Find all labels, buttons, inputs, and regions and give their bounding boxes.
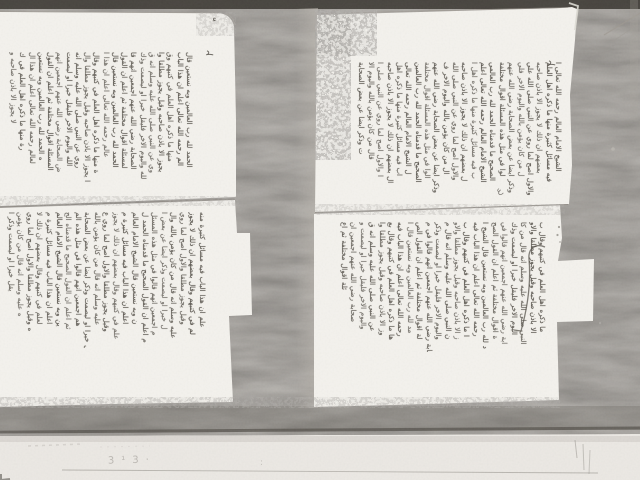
script-line: عليه وسلم انه قال من كان يؤمن بالله وال [168,212,178,348]
script-line: ه وقيل يجوز مطلقا والاول اصح لما روي [24,212,34,348]
script-line: ه عليه وسلم انه قال من كان يؤمن [15,212,25,348]
script-line: ا والاول اصح لما روي عن النبي صلى ا [375,62,384,205]
script-line: عن النبي صلى الله عليه وسلم انه ق [367,222,376,352]
script-line: ل خيرا او ليصمت وذكر ايضا عن بعض ا [158,212,168,348]
script-line: الشيخ الامام العالم رحمه الله تعالى اعلم [478,62,487,205]
script-line: علم في كتبهم وقال بعضهم ان ذلك لا يجوز [110,212,120,348]
manuscript-text-top-right: الشيخ الامام العالم رحمه الله تعالى ا في… [356,62,562,205]
script-line: ثم اعلم ان القول الصحيح ما قدمناه الح [63,212,73,348]
script-line: اب فيه مسائل كثيرة منها ما ذكره اهل [394,62,403,205]
script-line: الا باذن صاحبه وقيل يجوز مطلقا والاو [527,222,536,352]
script-line: عليه وسلم انه قال من كان يؤمن بالله [91,212,101,348]
script-line: والاول اصح لما روي عن النبي صلى الله [450,62,459,205]
manuscript-text-bottom-right: ما ذكره اهل العلم في كتبهم وقال ب الا با… [338,222,546,352]
script-line: د لله رب العالمين وبه نستعين قال الشيخ ا [480,222,489,352]
script-line: يقل خيرا او ليصمت وذكر ا [5,212,15,348]
script-line: ض الصحابة رضي الله عنهم اجمعين انهم [54,52,63,190]
script-line: لم في كتبهم وقال بعضهم ان ذلك لا يجوز [187,212,197,348]
pencil-annotation: : [260,459,263,468]
script-line: لوا في مثل هذه المسئلة اقوال مختلفة [496,62,505,205]
script-line: وي عن النبي صلى الله عليه وسلم انه ق [147,52,156,190]
script-line: ا يجوز الا باذن صاحبه وقيل يجوز مطلقا وا… [82,52,91,190]
script-line: رة منها ما ذكره اهل العلم في ك [17,52,26,190]
script-line: م اجمعين انهم قالوا في مثل هذه المسئل [149,212,159,348]
script-line: وقيل يجوز مطلقا والاول اصح لما روي [177,212,187,348]
manuscript-text-top-left: الحمد لله رب العالمين وبه نستعين قالالم … [8,52,193,190]
photostat-scan: الحمد لله رب العالمين وبه نستعين قالالم … [0,0,640,480]
script-line: ما ذكره اهل العلم في كتبهم وقال ب [537,222,546,352]
script-line: ل الشيخ الامام العالم رحمه الله تعالى [403,62,412,205]
script-line: اليوم الاخر فليقل خيرا او ليصمت وذك [508,222,517,352]
script-line: الم رحمه الله تعالى اعلم ان هذا الباب [175,52,184,190]
script-line: يجوز الا باذن صاحبه وقيل يجوز مطلقا وا [156,52,165,190]
script-line: ا ما ذكره اهل العلم في كتبهم وقال ب [461,222,470,352]
script-line: ين وبه نستعين قال الشيخ الامام العالم [53,212,63,348]
script-line: روي عن النبي صلى الله عليه وسلم انه [73,52,82,190]
script-line: لعالم رحمه الله تعالى اعلم ان هذا ال [27,52,36,190]
script-line: لة اقوال مختلفة ثم اعلم ان القول الص [414,222,423,352]
script-line: ل بعضهم ان ذلك لا يجوز الا باذن صاحبه [459,62,468,205]
script-line: اعلم ان هذا الباب فيه مسائل كثيرة م [120,212,130,348]
script-line: ن النبي صلى الله عليه وسلم انه قال م [442,222,451,352]
script-line: وقيل يجوز مطلقا والاول اصح لما روي ع [101,212,111,348]
script-line: ال بعضهم ان ذلك لا يجوز الا باذن صاحبه [384,62,393,205]
script-line: الحمد لله رب العالمين وبه نستعين قال [184,52,193,190]
script-line: لا يجوز الا باذن صاحبه و [8,52,17,190]
script-line: ن وبه نستعين قال الشيخ الامام العالم [130,212,140,348]
script-line: قل خيرا او ليصمت وذكر ايضا عن بعض الصحاب… [82,212,92,348]
script-line: لمسئلة اقوال مختلفة ثم اعلم ان القول [119,52,128,190]
script-line: ها ما ذكره اهل العلم في كتبهم وقال بع [386,222,395,352]
script-line: الحمد لله رب العالمين وبه نستعين قال [110,52,119,190]
script-line: الصحيح ما قدمناه الحمد لله رب العالمي [487,62,496,205]
script-line: الصحابة رضي الله عنهم اجمعين انهم قا [128,52,137,190]
script-line: م اعلم ان القول الصحيح ما قدمناه الحمد ل [139,212,149,348]
script-line: رحمه الله تعالى اعلم ان هذا الباب فيه [471,222,480,352]
script-line: الشيخ الامام العالم رحمه الله تعالى ا [553,62,562,205]
script-line: علم ان هذا الباب فيه مسائل كثيرة منه [196,212,206,348]
script-line: حابة رضي الله عنهم اجمعين انهم قالوا في … [423,222,432,352]
script-line: فيه مسائل كثيرة منها ما ذكره اهل العلم [543,62,552,205]
script-line: ة منها ما ذكره اهل العلم في كتبهم وقال [91,52,100,190]
script-line: ل من كان يؤمن بالله واليوم الاخر فلي [515,62,524,205]
script-line: صحابة رضي الله عنهم اجمعين ان [348,222,357,352]
script-line: ب فيه مسائل كثيرة منها ما ذكره اهل ا [468,62,477,205]
script-line: الله واليوم الاخر فليقل خيرا او ليصمت [64,52,73,190]
script-line: لله واليوم الاخر فليقل خيرا او ليصمت وذك [138,52,147,190]
script-line: ه الحمد لله رب العالمين وبه نستعين [36,52,45,190]
script-line: ئلة اقوال مختلفة ثم اع [338,222,347,352]
script-line: الوا في مثل هذه المسئلة اقوال مختلفة [422,62,431,205]
script-line: منها ما ذكره اهل العلم في كتبهم وق [165,52,174,190]
script-line: ت وذكر ايضا عن بعض الصحابة [356,62,365,205]
script-line: المسئلة اقوال مختلفة ثم اعلم ان القول [45,52,54,190]
script-line: رحمه الله تعالى اعلم ان هذا الباب فيه [395,222,404,352]
script-line: ز الا باذن صاحبه وقيل يجوز مطلقا والاو [452,222,461,352]
script-line: ال من كان يؤمن بالله واليوم الاخر ف [440,62,449,205]
script-line: والاول اصح لما روي عن النبي صلى الله علي [525,62,534,205]
script-line: عالم رحمه الله تعالى اعلم ان هذا ا [101,52,110,190]
script-line: النبي صلى الله عليه وسلم انه قال من كا [518,222,527,352]
script-line: اعلم ان هذا الباب فيه مسائل كثيرة م [43,212,53,348]
script-line: بعضهم ان ذلك لا يجوز الا باذن صاحبه [534,62,543,205]
script-line: واليوم الاخر فليقل خيرا او ليصمت وذكر [433,222,442,352]
script-line: ة اقوال مختلفة ثم اعلم ان القول الصح [489,222,498,352]
script-line: هم اجمعين انهم قالوا في مثل هذه الم [72,212,82,348]
script-line: واليوم الاخر فليقل خيرا او ليصمت و [357,222,366,352]
pencil-annotation: 3¹3· [108,455,156,466]
script-line: لعلم في كتبهم وقال بعضهم ان ذلك لا [34,212,44,348]
script-line: وذكر ايضا عن بعض الصحابة رضي الله عنهم [506,62,515,205]
script-line: وز الا باذن صاحبه وقيل يجوز مطلقا وا [376,222,385,352]
manuscript-text-bottom-left: علم ان هذا الباب فيه مسائل كثيرة منهلم ف… [5,212,206,348]
script-line: ابة رضي الله عنهم اجمعين انهم قالوا في [499,222,508,352]
script-line: وذكر ايضا عن بعض الصحابة رضي الله عنهم [431,62,440,205]
script-line: مد لله رب العالمين وبه نستعين قال ا [404,222,413,352]
script-line: الصحيح ما قدمناه الحمد لله رب العالمين [412,62,421,205]
script-line: قال من كان يؤمن بالله واليوم الا [365,62,374,205]
